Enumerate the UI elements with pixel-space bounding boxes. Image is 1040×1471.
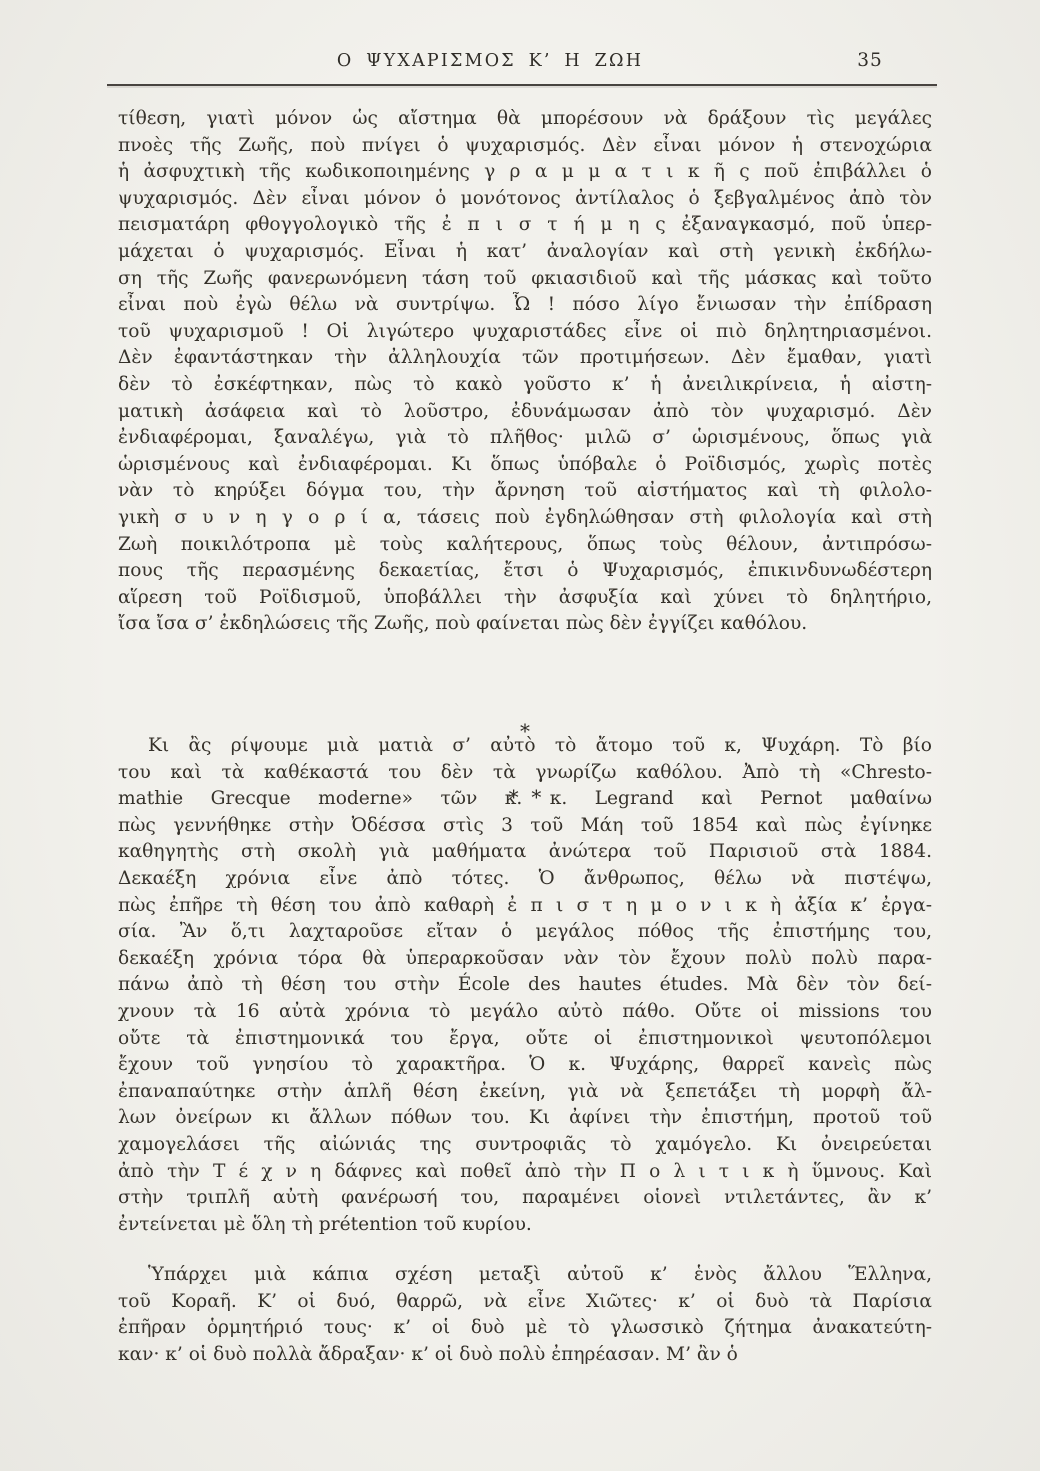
text-line: δεκαέξη χρόνια τόρα θὰ ὑπεραρκοῦσαν νὰν … [118,946,932,973]
header-rule [107,84,937,86]
text-line: γικὴ σ υ ν η γ ο ρ ί α, τάσεις ποὺ ἐγδηλ… [118,505,932,532]
paragraph-3: Ὑπάρχει μιὰ κάπια σχέση μεταξὶ αὐτοῦ κ’ … [118,1262,932,1368]
text-line: σία. Ἂν ὅ,τι λαχταροῦσε εἴταν ὁ μεγάλος … [118,919,932,946]
text-line: νὰν τὸ κηρύξει δόγμα του, τὴν ἄρνηση τοῦ… [118,478,932,505]
text-line: χαμογελάσει τῆς αἰώνιάς της συντροφιᾶς τ… [118,1132,932,1159]
text-line: ἐπῆραν ὁρμητήριό τους· κ’ οἱ δυὸ μὲ τὸ γ… [118,1315,932,1342]
text-line: αἵρεση τοῦ Ροϊδισμοῦ, ὑποβάλλει τὴν ἀσφυ… [118,585,932,612]
text-line: ματικὴ ἀσάφεια καὶ τὸ λοῦστρο, ἐδυνάμωσα… [118,399,932,426]
text-line: Δεκαέξη χρόνια εἶνε ἀπὸ τότες. Ὁ ἄνθρωπο… [118,866,932,893]
text-line: πνοὲς τῆς Ζωῆς, ποὺ πνίγει ὁ ψυχαρισμός.… [118,133,932,160]
text-line: λων ὀνείρων κι ἄλλων πόθων του. Κι ἀφίνε… [118,1105,932,1132]
text-line: μάχεται ὁ ψυχαρισμός. Εἶναι ἡ κατ’ ἀναλο… [118,239,932,266]
page-header-title: Ο ΨΥΧΑΡΙΣΜΟΣ Κ’ Η ΖΩΗ [0,51,980,71]
text-line: πάνω ἀπὸ τὴ θέση του στὴν École des haut… [118,972,932,999]
scanned-page: { "header": { "title": "Ο ΨΥΧΑΡΙΣΜΟΣ Κ’ … [0,0,1040,1471]
text-line: πους τῆς περασμένης δεκαετίας, ἔτσι ὁ Ψυ… [118,558,932,585]
text-line: εἶναι ποὺ ἐγὼ θέλω νὰ συντρίψω. Ὦ ! πόσο… [118,292,932,319]
text-line: πεισματάρη φθογγολογικὸ τῆς ἐ π ι σ τ ή … [118,212,932,239]
text-line: ἔχουν τοῦ γνησίου τὸ χαρακτῆρα. Ὁ κ. Ψυχ… [118,1052,932,1079]
text-line: του καὶ τὰ καθέκαστά του δὲν τὰ γνωρίζω … [118,760,932,787]
text-line: τοῦ Κοραῆ. Κ’ οἱ δυό, θαρρῶ, νὰ εἶνε Χιῶ… [118,1289,932,1316]
text-line: ἴσα ἴσα σ’ ἐκδηλώσεις τῆς Ζωῆς, ποὺ φαίν… [118,611,932,638]
text-line: ἐνδιαφέρομαι, ξαναλέγω, γιὰ τὸ πλῆθος· μ… [118,425,932,452]
page-number: 35 [840,50,900,71]
text-line: δὲν τὸ ἐσκέφτηκαν, πὼς τὸ κακὸ γοῦστο κ’… [118,372,932,399]
paragraph-2: Κι ἂς ρίψουμε μιὰ ματιὰ σ’ αὐτὸ τὸ ἄτομο… [118,733,932,1238]
text-line: mathie Grecque moderne» τῶν κ. κ. Legran… [118,786,932,813]
text-line: χνουν τὰ 16 αὐτὰ χρόνια τὸ μεγάλο αὐτὸ π… [118,999,932,1026]
text-line: ἐντείνεται μὲ ὅλη τὴ prétention τοῦ κυρί… [118,1212,932,1239]
text-line: οὔτε τὰ ἐπιστημονικά του ἔργα, οὔτε οἱ ἐ… [118,1026,932,1053]
text-line: Δὲν ἐφαντάστηκαν τὴν ἀλληλουχία τῶν προτ… [118,345,932,372]
text-line: τίθεση, γιατὶ μόνον ὡς αἴστημα θὰ μπορέσ… [118,106,932,133]
text-line: πὼς ἐπῆρε τὴ θέση του ἀπὸ καθαρὴ ἐ π ι σ… [118,893,932,920]
text-line: ψυχαρισμός. Δὲν εἶναι μόνον ὁ μονότονος … [118,186,932,213]
text-line: καθηγητὴς στὴ σκολὴ γιὰ μαθήματα ἀνώτερα… [118,839,932,866]
text-line: ἡ ἀσφυχτικὴ τῆς κωδικοποιημένης γ ρ α μ … [118,159,932,186]
text-line: τοῦ ψυχαρισμοῦ ! Οἱ λιγώτερο ψυχαριστάδε… [118,319,932,346]
text-line: Ζωὴ ποικιλότροπα μὲ τοὺς καλήτερους, ὅπω… [118,532,932,559]
text-line: Κι ἂς ρίψουμε μιὰ ματιὰ σ’ αὐτὸ τὸ ἄτομο… [118,733,932,760]
text-line: Ὑπάρχει μιὰ κάπια σχέση μεταξὶ αὐτοῦ κ’ … [118,1262,932,1289]
text-line: καν· κ’ οἱ δυὸ πολλὰ ἄδραξαν· κ’ οἱ δυὸ … [118,1342,932,1369]
text-line: στὴν τριπλῆ αὐτὴ φανέρωσή του, παραμένει… [118,1185,932,1212]
text-line: ὡρισμένους καὶ ἐνδιαφέρομαι. Κι ὅπως ὑπό… [118,452,932,479]
paragraph-1: τίθεση, γιατὶ μόνον ὡς αἴστημα θὰ μπορέσ… [118,106,932,638]
text-line: ἀπὸ τὴν Τ έ χ ν η δάφνες καὶ ποθεῖ ἀπὸ τ… [118,1159,932,1186]
text-line: ση τῆς Ζωῆς φανερωνόμενη τάση τοῦ φκιασι… [118,266,932,293]
text-line: ἐπαναπαύτηκε στὴν ἁπλῆ θέση ἐκείνη, γιὰ … [118,1079,932,1106]
text-line: πὼς γεννήθηκε στὴν Ὀδέσσα στὶς 3 τοῦ Μάη… [118,813,932,840]
